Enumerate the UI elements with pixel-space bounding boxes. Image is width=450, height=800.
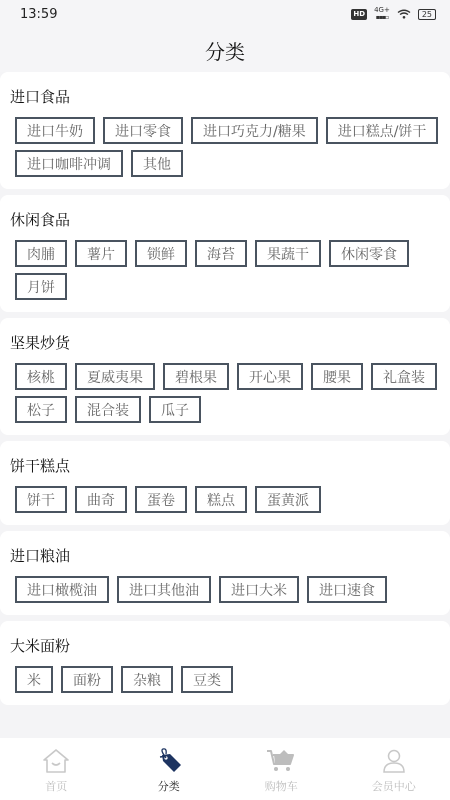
- subcategory-tag[interactable]: 进口咖啡冲调: [15, 150, 123, 177]
- user-icon: [379, 748, 409, 774]
- tag-list: 肉脯薯片锁鲜海苔果蔬干休闲零食月饼: [10, 240, 440, 300]
- tag-list: 进口牛奶进口零食进口巧克力/糖果进口糕点/饼干进口咖啡冲调其他: [10, 117, 440, 177]
- subcategory-tag[interactable]: 进口巧克力/糖果: [191, 117, 318, 144]
- subcategory-tag[interactable]: 面粉: [61, 666, 113, 693]
- subcategory-tag[interactable]: 杂粮: [121, 666, 173, 693]
- subcategory-tag[interactable]: 混合装: [75, 396, 141, 423]
- home-icon: [41, 748, 71, 774]
- subcategory-tag[interactable]: 薯片: [75, 240, 127, 267]
- category-section: 进口粮油进口橄榄油进口其他油进口大米进口速食: [0, 531, 450, 615]
- category-section: 大米面粉米面粉杂粮豆类: [0, 621, 450, 705]
- subcategory-tag[interactable]: 瓜子: [149, 396, 201, 423]
- subcategory-tag[interactable]: 蛋卷: [135, 486, 187, 513]
- subcategory-tag[interactable]: 腰果: [311, 363, 363, 390]
- subcategory-tag[interactable]: 曲奇: [75, 486, 127, 513]
- wifi-icon: [397, 9, 411, 19]
- category-list[interactable]: 进口食品进口牛奶进口零食进口巧克力/糖果进口糕点/饼干进口咖啡冲调其他休闲食品肉…: [0, 72, 450, 738]
- tab-home[interactable]: 首页: [0, 738, 113, 800]
- subcategory-tag[interactable]: 松子: [15, 396, 67, 423]
- subcategory-tag[interactable]: 碧根果: [163, 363, 229, 390]
- page-title: 分类: [205, 36, 245, 65]
- category-section: 饼干糕点饼干曲奇蛋卷糕点蛋黄派: [0, 441, 450, 525]
- subcategory-tag[interactable]: 糕点: [195, 486, 247, 513]
- tab-label: 会员中心: [372, 778, 416, 794]
- subcategory-tag[interactable]: 月饼: [15, 273, 67, 300]
- subcategory-tag[interactable]: 锁鲜: [135, 240, 187, 267]
- subcategory-tag[interactable]: 米: [15, 666, 53, 693]
- subcategory-tag[interactable]: 肉脯: [15, 240, 67, 267]
- subcategory-tag[interactable]: 进口牛奶: [15, 117, 95, 144]
- category-section: 休闲食品肉脯薯片锁鲜海苔果蔬干休闲零食月饼: [0, 195, 450, 312]
- status-bar: 13:59 HD 4G+▪▪▪▫ 25: [0, 0, 450, 28]
- subcategory-tag[interactable]: 进口速食: [307, 576, 387, 603]
- subcategory-tag[interactable]: 进口橄榄油: [15, 576, 109, 603]
- subcategory-tag[interactable]: 其他: [131, 150, 183, 177]
- subcategory-tag[interactable]: 休闲零食: [329, 240, 409, 267]
- section-title: 进口食品: [10, 86, 440, 107]
- tab-label: 首页: [45, 778, 67, 794]
- subcategory-tag[interactable]: 进口糕点/饼干: [326, 117, 439, 144]
- subcategory-tag[interactable]: 海苔: [195, 240, 247, 267]
- section-title: 进口粮油: [10, 545, 440, 566]
- subcategory-tag[interactable]: 核桃: [15, 363, 67, 390]
- page-header: 分类: [0, 28, 450, 72]
- tag-list: 核桃夏威夷果碧根果开心果腰果礼盒装松子混合装瓜子: [10, 363, 440, 423]
- subcategory-tag[interactable]: 豆类: [181, 666, 233, 693]
- tab-member-center[interactable]: 会员中心: [338, 738, 450, 800]
- section-title: 休闲食品: [10, 209, 440, 230]
- subcategory-tag[interactable]: 进口其他油: [117, 576, 211, 603]
- status-time: 13:59: [20, 7, 57, 22]
- section-title: 饼干糕点: [10, 455, 440, 476]
- subcategory-tag[interactable]: 进口大米: [219, 576, 299, 603]
- signal-icon: 4G+▪▪▪▫: [374, 6, 390, 22]
- section-title: 坚果炒货: [10, 332, 440, 353]
- tab-label: 分类: [158, 778, 180, 794]
- category-section: 坚果炒货核桃夏威夷果碧根果开心果腰果礼盒装松子混合装瓜子: [0, 318, 450, 435]
- tag-list: 米面粉杂粮豆类: [10, 666, 440, 693]
- tag-icon: [154, 748, 184, 774]
- subcategory-tag[interactable]: 礼盒装: [371, 363, 437, 390]
- subcategory-tag[interactable]: 果蔬干: [255, 240, 321, 267]
- hd-icon: HD: [351, 9, 367, 20]
- battery-icon: 25: [418, 9, 436, 20]
- subcategory-tag[interactable]: 进口零食: [103, 117, 183, 144]
- subcategory-tag[interactable]: 夏威夷果: [75, 363, 155, 390]
- subcategory-tag[interactable]: 开心果: [237, 363, 303, 390]
- subcategory-tag[interactable]: 饼干: [15, 486, 67, 513]
- tag-list: 进口橄榄油进口其他油进口大米进口速食: [10, 576, 440, 603]
- status-icons: HD 4G+▪▪▪▫ 25: [351, 6, 436, 22]
- cart-icon: [266, 748, 296, 774]
- bottom-tab-bar: 首页 分类 购物车 会员中心: [0, 738, 450, 800]
- tab-category[interactable]: 分类: [113, 738, 226, 800]
- section-title: 大米面粉: [10, 635, 440, 656]
- subcategory-tag[interactable]: 蛋黄派: [255, 486, 321, 513]
- tab-cart[interactable]: 购物车: [225, 738, 338, 800]
- tag-list: 饼干曲奇蛋卷糕点蛋黄派: [10, 486, 440, 513]
- tab-label: 购物车: [265, 778, 298, 794]
- category-section: 进口食品进口牛奶进口零食进口巧克力/糖果进口糕点/饼干进口咖啡冲调其他: [0, 72, 450, 189]
